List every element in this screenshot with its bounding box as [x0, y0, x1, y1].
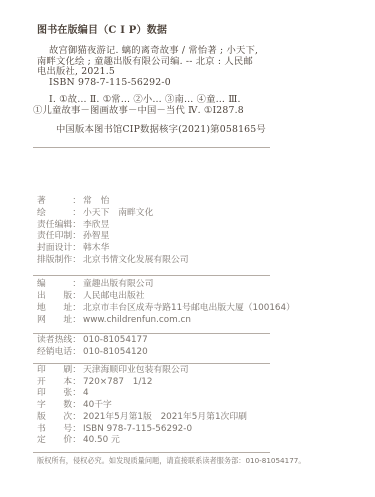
field-value: 人民邮电出版社 — [83, 291, 145, 301]
field-label: 地址 — [37, 302, 72, 314]
cip-header: 图书在版编目（C I P）数据 — [37, 26, 327, 37]
row-sheets: 印张：4 — [37, 388, 347, 400]
copyright-page: 图书在版编目（C I P）数据 故宫御猫夜游记. 螭的离奇故事 / 常怡著 ; … — [0, 0, 375, 497]
publisher-section: 编：童趣出版有限公司 出版：人民邮电出版社 地址：北京市丰台区成寿寺路11号邮电… — [37, 278, 347, 326]
field-label: 读者热线 — [37, 335, 72, 347]
field-colon: ： — [72, 290, 81, 302]
field-colon: ： — [72, 335, 81, 347]
divider — [33, 363, 270, 364]
field-label: 网址 — [37, 314, 72, 326]
field-colon: ： — [72, 424, 81, 436]
field-value: 010-81054177 — [83, 335, 148, 345]
field-label: 责任编辑 — [37, 220, 72, 232]
row-edition: 版次：2021年5月第1版 2021年5月第1次印刷 — [37, 412, 347, 424]
row-publisher: 出版：人民邮电出版社 — [37, 290, 347, 302]
cip-bibliography: 故宫御猫夜游记. 螭的离奇故事 / 常怡著 ; 小天下, 南畔文化绘 ; 童趣出… — [37, 46, 327, 89]
divider — [33, 333, 270, 334]
field-label: 出版 — [37, 290, 72, 302]
row-illustrator: 绘：小天下 南畔文化 — [37, 208, 347, 220]
field-colon: ： — [72, 435, 81, 447]
field-label: 印刷 — [37, 365, 72, 377]
field-label: 排版制作 — [37, 255, 72, 267]
divider — [33, 147, 270, 148]
row-isbn: 书号：ISBN 978-7-115-56292-0 — [37, 424, 347, 436]
divider — [33, 275, 270, 276]
cip-class-line: ①儿童故事－图画故事－中国－当代 Ⅳ. ①I287.8 — [33, 106, 327, 117]
row-printer: 印刷：天津海顺印业包装有限公司 — [37, 365, 347, 377]
field-colon: ： — [72, 208, 81, 220]
row-format: 开本：720×787 1/12 — [37, 377, 347, 389]
row-cover-designer: 封面设计：韩木华 — [37, 243, 347, 255]
field-label: 版次 — [37, 412, 72, 424]
field-label: 编 — [37, 278, 72, 290]
field-colon: ： — [72, 347, 81, 359]
cip-bib-line: 故宫御猫夜游记. 螭的离奇故事 / 常怡著 ; 小天下, — [37, 46, 327, 57]
field-label: 定价 — [37, 435, 72, 447]
field-value: 720×787 1/12 — [83, 377, 153, 387]
row-author: 著：常 怡 — [37, 196, 347, 208]
field-label: 字数 — [37, 400, 72, 412]
cip-isbn-line: ISBN 978-7-115-56292-0 — [37, 78, 327, 89]
field-value: 40千字 — [83, 400, 112, 410]
row-website: 网址：www.childrenfun.com.cn — [37, 314, 347, 326]
row-reader-hotline: 读者热线：010-81054177 — [37, 335, 347, 347]
field-colon: ： — [72, 365, 81, 377]
field-colon: ： — [72, 400, 81, 412]
field-value: 4 — [83, 388, 89, 398]
cip-section: 图书在版编目（C I P）数据 故宫御猫夜游记. 螭的离奇故事 / 常怡著 ; … — [37, 26, 327, 135]
copyright-notice: 版权所有，侵权必究。如发现质量问题，请直接联系读者服务部：010-8105417… — [37, 456, 367, 465]
printing-section: 印刷：天津海顺印业包装有限公司 开本：720×787 1/12 印张：4 字数：… — [37, 365, 347, 447]
credits-section: 著：常 怡 绘：小天下 南畔文化 责任编辑：李欣昱 责任印制：孙智星 封面设计：… — [37, 196, 347, 267]
field-value: 天津海顺印业包装有限公司 — [83, 365, 189, 375]
field-value: 北京书情文化发展有限公司 — [83, 255, 189, 265]
field-value: 40.50 元 — [83, 435, 120, 445]
field-value: 小天下 南畔文化 — [83, 208, 153, 218]
website-url: www.childrenfun.com.cn — [83, 315, 191, 325]
field-label: 经销电话 — [37, 347, 72, 359]
field-value: 童趣出版有限公司 — [83, 279, 153, 289]
field-colon: ： — [72, 243, 81, 255]
row-address: 地址：北京市丰台区成寿寺路11号邮电出版大厦（100164） — [37, 302, 347, 314]
field-value: 2021年5月第1版 2021年5月第1次印刷 — [83, 412, 247, 422]
field-label: 开本 — [37, 377, 72, 389]
row-managing-editor: 责任编辑：李欣昱 — [37, 220, 347, 232]
row-print-supervisor: 责任印制：孙智星 — [37, 231, 347, 243]
field-value: 李欣昱 — [83, 220, 109, 230]
field-colon: ： — [72, 255, 81, 267]
field-colon: ： — [72, 231, 81, 243]
row-word-count: 字数：40千字 — [37, 400, 347, 412]
field-value: 常 怡 — [83, 196, 109, 206]
field-label: 责任印制 — [37, 231, 72, 243]
field-label: 著 — [37, 196, 72, 208]
row-typesetting: 排版制作：北京书情文化发展有限公司 — [37, 255, 347, 267]
hotlines-section: 读者热线：010-81054177 经销电话：010-81054120 — [37, 335, 347, 358]
row-price: 定价：40.50 元 — [37, 435, 347, 447]
field-value: 010-81054120 — [83, 347, 148, 357]
field-colon: ： — [72, 302, 81, 314]
field-colon: ： — [72, 196, 81, 208]
field-value: 孙智星 — [83, 231, 109, 241]
divider — [33, 452, 270, 453]
cip-record-number: 中国版本图书馆CIP数据核字(2021)第058165号 — [37, 125, 327, 136]
field-colon: ： — [72, 388, 81, 400]
field-label: 封面设计 — [37, 243, 72, 255]
field-colon: ： — [72, 278, 81, 290]
field-label: 印张 — [37, 388, 72, 400]
field-value: ISBN 978-7-115-56292-0 — [83, 424, 192, 434]
field-colon: ： — [72, 377, 81, 389]
row-compiler: 编：童趣出版有限公司 — [37, 278, 347, 290]
field-colon: ： — [72, 220, 81, 232]
field-value: 北京市丰台区成寿寺路11号邮电出版大厦（100164） — [83, 303, 295, 313]
field-colon: ： — [72, 412, 81, 424]
cip-classification: Ⅰ. ①故… Ⅱ. ①常… ②小… ③南… ④童… Ⅲ. ①儿童故事－图画故事－… — [37, 95, 327, 117]
row-sales-hotline: 经销电话：010-81054120 — [37, 347, 347, 359]
field-colon: ： — [72, 314, 81, 326]
field-label: 绘 — [37, 208, 72, 220]
field-label: 书号 — [37, 424, 72, 436]
field-value: 韩木华 — [83, 243, 109, 253]
